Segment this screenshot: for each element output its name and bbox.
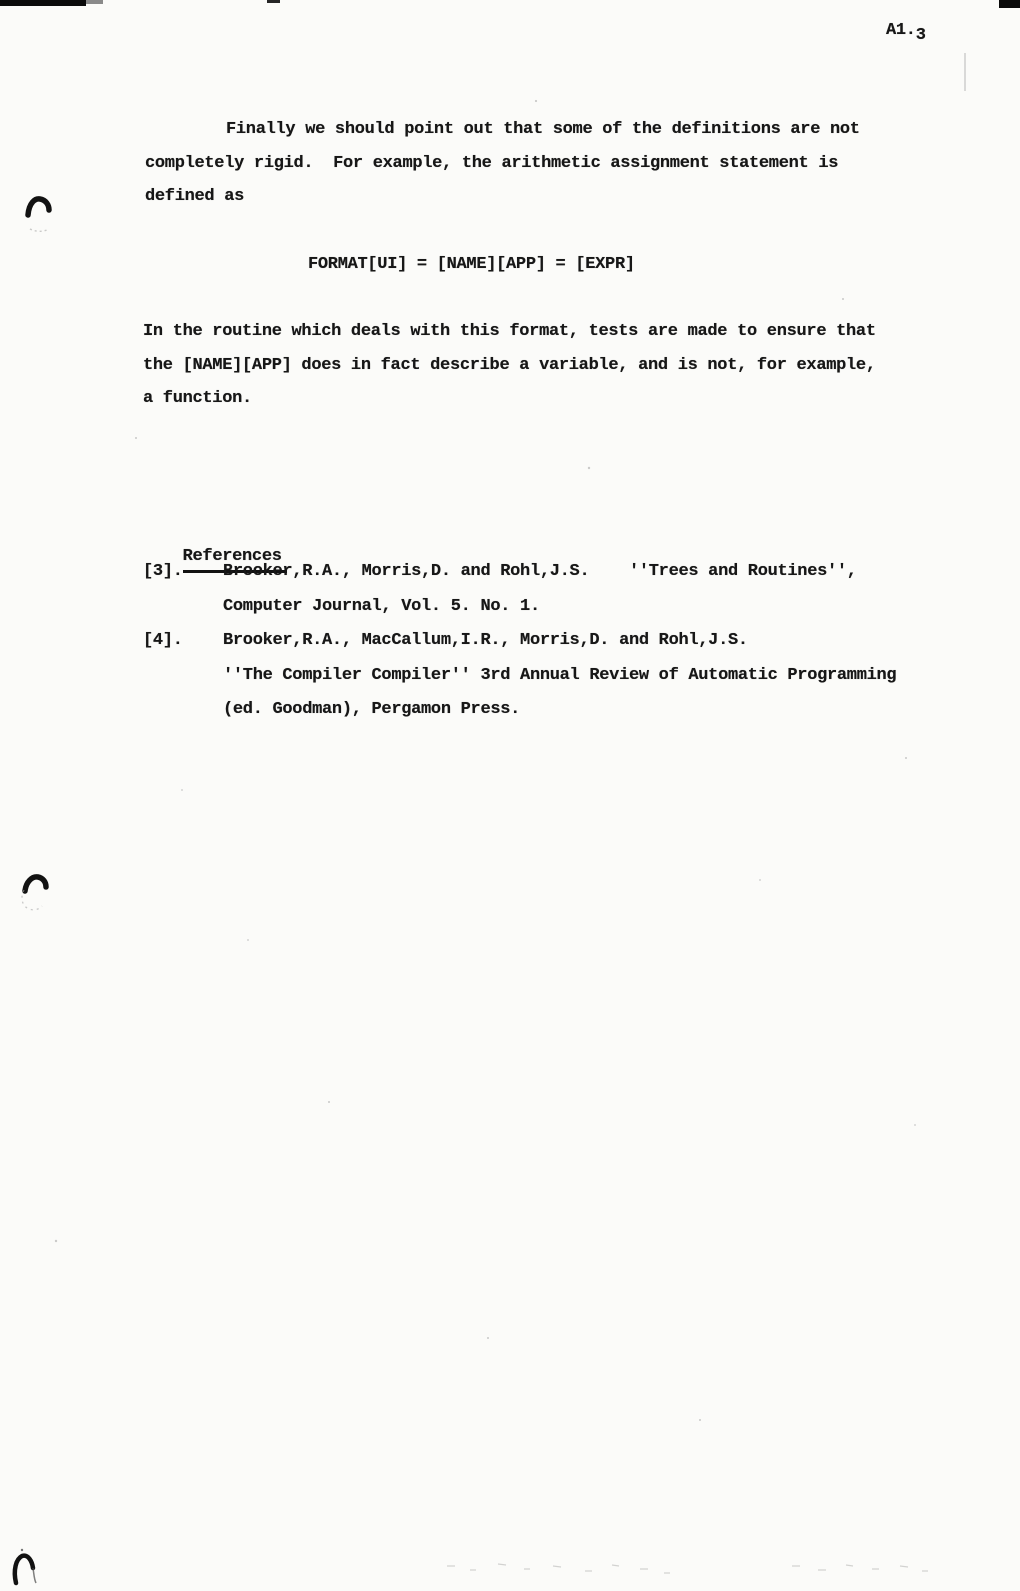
text-line: Brooker,R.A., MacCallum,I.R., Morris,D. … (223, 624, 896, 659)
references-list: [3]. Brooker,R.A., Morris,D. and Rohl,J.… (143, 555, 896, 728)
scan-artifact-top-right-corner (999, 0, 1020, 8)
text-line: Computer Journal, Vol. 5. No. 1. (223, 590, 896, 625)
pen-mark-curl (15, 1556, 33, 1583)
reference-text: Brooker,R.A., MacCallum,I.R., Morris,D. … (223, 624, 896, 728)
paragraph-routine: In the routine which deals with this for… (143, 315, 876, 416)
pen-mark-crescent-2-shadow (22, 890, 42, 910)
text-line: defined as (145, 180, 860, 214)
page-number-digit: 3 (916, 25, 926, 47)
text-line: ''The Compiler Compiler'' 3rd Annual Rev… (223, 659, 896, 694)
reference-text: Brooker,R.A., Morris,D. and Rohl,J.S. ''… (223, 555, 896, 624)
scan-artifact-top-left-bar (0, 0, 86, 6)
scan-artifact-right-streak (964, 53, 966, 91)
text-line: completely rigid. For example, the arith… (145, 147, 860, 181)
pen-mark-crescent-1 (28, 199, 49, 215)
scan-artifact-top-dash (267, 0, 280, 3)
pen-mark-crescent-2 (25, 877, 46, 891)
text-line: (ed. Goodman), Pergamon Press. (223, 693, 896, 728)
text-line: Brooker,R.A., Morris,D. and Rohl,J.S. ''… (223, 555, 896, 590)
text-line: In the routine which deals with this for… (143, 315, 876, 349)
page-number: A1.3 (886, 20, 926, 42)
page-number-main: A1. (886, 21, 916, 40)
text-line: a function. (143, 382, 876, 416)
scan-artifact-top-left-bar-tail (86, 0, 103, 4)
reference-item: [4]. Brooker,R.A., MacCallum,I.R., Morri… (143, 624, 896, 728)
reference-label: [4]. (143, 624, 183, 659)
noise-band-bottom (447, 1564, 928, 1573)
noise-speck (21, 1549, 23, 1551)
pen-mark-crescent-1-shadow (30, 229, 47, 231)
reference-label: [3]. (143, 555, 183, 590)
text-line: Finally we should point out that some of… (145, 113, 860, 147)
scan-noise-overlay (0, 0, 1020, 1591)
paragraph-intro: Finally we should point out that some of… (145, 113, 860, 214)
reference-item: [3]. Brooker,R.A., Morris,D. and Rohl,J.… (143, 555, 896, 624)
text-line: the [NAME][APP] does in fact describe a … (143, 349, 876, 383)
noise-specks (55, 100, 916, 1421)
pen-mark-curl-tail (33, 1568, 36, 1583)
document-page: A1.3 Finally we should point out that so… (0, 0, 1020, 1591)
formula-line: FORMAT[UI] = [NAME][APP] = [EXPR] (308, 248, 635, 282)
